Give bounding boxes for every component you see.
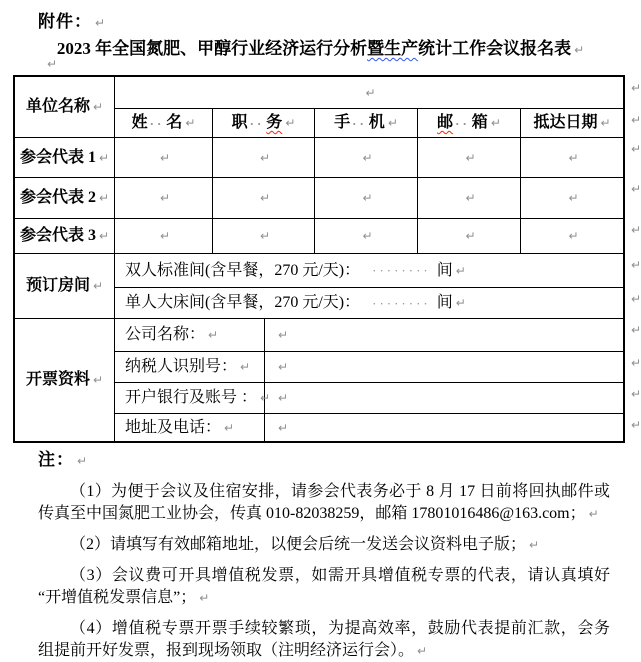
col-header-title: 职··务↵ — [213, 109, 315, 138]
title-text-part1: 2023 年全国氮肥、甲醇行业经济运行分析 — [57, 39, 367, 58]
space-dots: ·· — [352, 117, 367, 130]
paragraph-mark-icon: ↵ — [260, 152, 270, 164]
paragraph-mark-icon: ↵ — [631, 356, 641, 370]
note-2: （2）请填写有效邮箱地址，以便会后统一发送会议资料电子版；↵ — [38, 534, 610, 556]
paragraph-mark-icon: ↵ — [631, 81, 641, 95]
title-text-part2: 统计工作会议报名表 — [418, 39, 571, 58]
invoice-bank-account-label-cell: 开户银行及账号 ：↵ — [115, 383, 265, 414]
paragraph-mark-icon: ↵ — [388, 117, 398, 129]
title-text-squiggled: 暨生产 — [367, 39, 418, 58]
rep1-arrival-cell[interactable]: ↵ — [521, 138, 623, 178]
paragraph-mark-icon: ↵ — [574, 43, 584, 57]
note-1: （1）为便于会议及住宿安排，请参会代表务必于 8 月 17 日前将回执邮件或 传… — [38, 481, 610, 525]
invoice-company-name-label-cell: 公司名称：↵ — [115, 319, 265, 352]
rep3-email-cell[interactable]: ↵ — [418, 219, 521, 254]
fill-in-dots: ········ — [372, 297, 431, 310]
paragraph-mark-icon: ↵ — [491, 117, 501, 129]
space-dots: ·· — [250, 117, 265, 130]
rep3-title-cell[interactable]: ↵ — [213, 219, 315, 254]
paragraph-mark-icon: ↵ — [362, 192, 372, 204]
paragraph-mark-icon: ↵ — [240, 361, 250, 373]
paragraph-mark-icon: ↵ — [160, 192, 170, 204]
note-3-line-1: （3）会议费可开具增值税发票，如需开具增值税专票的代表，请认真填好 — [38, 565, 610, 587]
invoice-address-phone-label-cell: 地址及电话：↵ — [115, 414, 265, 441]
invoice-label: 开票资料 — [26, 372, 90, 388]
row-end-mark: ↵ — [628, 321, 641, 339]
paragraph-mark-icon: ↵ — [465, 192, 475, 204]
rep2-label: 参会代表 2 — [20, 190, 96, 206]
row-end-mark: ↵ — [628, 354, 641, 372]
paragraph-mark-icon: ↵ — [456, 297, 466, 309]
paragraph-mark-icon: ↵ — [631, 113, 641, 127]
paragraph-mark-icon: ↵ — [465, 152, 475, 164]
col-header-phone: 手··机↵ — [315, 109, 418, 138]
attachment-line: 附件：↵ — [38, 7, 106, 32]
paragraph-mark-icon: ↵ — [208, 329, 218, 341]
paragraph-mark-icon: ↵ — [456, 265, 466, 277]
room-unit-suffix: 间 — [437, 263, 453, 279]
paragraph-mark-icon: ↵ — [278, 422, 288, 434]
row-end-mark: ↵ — [628, 416, 641, 434]
invoice-taxpayer-id-value-cell[interactable]: ↵ — [265, 352, 623, 383]
paragraph-mark-icon: ↵ — [93, 374, 103, 386]
row-end-mark: ↵ — [628, 290, 641, 308]
paragraph-mark-icon: ↵ — [417, 644, 427, 658]
paragraph-mark-icon: ↵ — [631, 258, 641, 272]
paragraph-mark-icon: ↵ — [93, 101, 103, 113]
paragraph-mark-icon: ↵ — [278, 361, 288, 373]
paragraph-mark-icon: ↵ — [260, 192, 270, 204]
paragraph-mark-icon: ↵ — [260, 230, 270, 242]
paragraph-mark-icon: ↵ — [568, 152, 578, 164]
notes-section: 注：↵ （1）为便于会议及住宿安排，请参会代表务必于 8 月 17 日前将回执邮… — [38, 449, 610, 662]
rep2-title-cell[interactable]: ↵ — [213, 178, 315, 219]
row-end-mark: ↵ — [628, 79, 641, 97]
note-4-line-2: 组提前开好发票，报到现场领取（注明经济运行会）。↵ — [38, 640, 610, 662]
rep1-label: 参会代表 1 — [20, 150, 96, 166]
col-header-email: 邮··箱↵ — [418, 109, 521, 138]
paragraph-mark-icon: ↵ — [95, 16, 106, 30]
unit-name-label-cell: 单位名称↵ — [15, 77, 115, 138]
paragraph-mark-icon: ↵ — [160, 152, 170, 164]
space-dots: ·· — [455, 117, 470, 130]
rep2-name-cell[interactable]: ↵ — [115, 178, 213, 219]
note-3-line-2: “开增值税发票信息”；↵ — [38, 587, 610, 609]
empty-paragraph: ↵ — [44, 55, 57, 73]
note-4: （4）增值税专票开票手续较繁琐，为提高效率，鼓励代表提前汇款，会务 组提前开好发… — [38, 618, 610, 662]
paragraph-mark-icon: ↵ — [278, 329, 288, 341]
paragraph-mark-icon: ↵ — [99, 230, 109, 242]
paragraph-mark-icon: ↵ — [199, 591, 209, 605]
paragraph-mark-icon: ↵ — [362, 152, 372, 164]
space-dots: ·· — [150, 117, 165, 130]
rep2-arrival-cell[interactable]: ↵ — [521, 178, 623, 219]
paragraph-mark-icon: ↵ — [185, 117, 195, 129]
paragraph-mark-icon: ↵ — [278, 392, 288, 404]
paragraph-mark-icon: ↵ — [589, 507, 599, 521]
paragraph-mark-icon: ↵ — [631, 387, 641, 401]
paragraph-mark-icon: ↵ — [99, 192, 109, 204]
notes-heading: 注：↵ — [38, 449, 610, 472]
paragraph-mark-icon: ↵ — [529, 538, 539, 552]
invoice-label-cell: 开票资料↵ — [15, 319, 115, 441]
paragraph-mark-icon: ↵ — [631, 223, 641, 237]
paragraph-mark-icon: ↵ — [47, 57, 57, 71]
paragraph-mark-icon: ↵ — [224, 422, 234, 434]
paragraph-mark-icon: ↵ — [77, 454, 88, 468]
row-end-mark: ↵ — [628, 111, 641, 129]
paragraph-mark-icon: ↵ — [362, 230, 372, 242]
rep1-name-cell[interactable]: ↵ — [115, 138, 213, 178]
room-single-king-label: 单人大床间(含早餐，270 元/天)： — [125, 295, 360, 311]
invoice-bank-account-value-cell[interactable]: ↵ — [265, 383, 623, 414]
rep3-name-cell[interactable]: ↵ — [115, 219, 213, 254]
paragraph-mark-icon: ↵ — [631, 142, 641, 156]
rep2-row-label-cell: 参会代表 2↵ — [15, 178, 115, 219]
paragraph-mark-icon: ↵ — [600, 117, 610, 129]
paragraph-mark-icon: ↵ — [99, 152, 109, 164]
note-2-line-1: （2）请填写有效邮箱地址，以便会后统一发送会议资料电子版；↵ — [38, 534, 610, 556]
document-page: 附件：↵ 2023 年全国氮肥、甲醇行业经济运行分析暨生产统计工作会议报名表↵ … — [0, 0, 641, 662]
row-end-mark: ↵ — [628, 180, 641, 198]
paragraph-mark-icon: ↵ — [365, 87, 375, 99]
attachment-label: 附件： — [38, 12, 92, 31]
col-header-arrival-date: 抵达日期↵ — [521, 109, 623, 138]
note-1-line-1: （1）为便于会议及住宿安排，请参会代表务必于 8 月 17 日前将回执邮件或 — [38, 481, 610, 503]
rep3-phone-cell[interactable]: ↵ — [315, 219, 418, 254]
fill-in-dots: ········ — [372, 264, 431, 277]
row-end-mark: ↵ — [628, 385, 641, 403]
paragraph-mark-icon: ↵ — [285, 117, 295, 129]
rep2-phone-cell[interactable]: ↵ — [315, 178, 418, 219]
rep3-row-label-cell: 参会代表 3↵ — [15, 219, 115, 254]
paragraph-mark-icon: ↵ — [568, 192, 578, 204]
paragraph-mark-icon: ↵ — [631, 418, 641, 432]
rooms-label: 预订房间 — [26, 278, 90, 294]
row-end-mark: ↵ — [628, 256, 641, 274]
paragraph-mark-icon: ↵ — [631, 292, 641, 306]
note-3: （3）会议费可开具增值税发票，如需开具增值税专票的代表，请认真填好 “开增值税发… — [38, 565, 610, 609]
rep3-arrival-cell[interactable]: ↵ — [521, 219, 623, 254]
invoice-company-name-value-cell[interactable]: ↵ — [265, 319, 623, 352]
registration-table: 单位名称↵ 参会代表 1↵ 参会代表 2↵ 参会代表 3↵ 预订房间↵ 开票资料… — [13, 75, 625, 443]
invoice-address-phone-value-cell[interactable]: ↵ — [265, 414, 623, 441]
document-title: 2023 年全国氮肥、甲醇行业经济运行分析暨生产统计工作会议报名表↵ — [0, 34, 641, 59]
rooms-label-cell: 预订房间↵ — [15, 254, 115, 319]
rep1-row-label-cell: 参会代表 1↵ — [15, 138, 115, 178]
rep1-email-cell[interactable]: ↵ — [418, 138, 521, 178]
rep1-phone-cell[interactable]: ↵ — [315, 138, 418, 178]
unit-name-label: 单位名称 — [26, 99, 90, 115]
col-header-name: 姓··名↵ — [115, 109, 213, 138]
unit-name-value-cell[interactable]: ↵ — [115, 77, 623, 109]
rep2-email-cell[interactable]: ↵ — [418, 178, 521, 219]
row-end-mark: ↵ — [628, 221, 641, 239]
paragraph-mark-icon: ↵ — [631, 182, 641, 196]
room-single-king-cell[interactable]: 单人大床间(含早餐，270 元/天)：········间↵ — [115, 288, 623, 319]
room-unit-suffix: 间 — [437, 295, 453, 311]
paragraph-mark-icon: ↵ — [93, 280, 103, 292]
paragraph-mark-icon: ↵ — [631, 323, 641, 337]
note-4-line-1: （4）增值税专票开票手续较繁琐，为提高效率，鼓励代表提前汇款，会务 — [38, 618, 610, 640]
paragraph-mark-icon: ↵ — [160, 230, 170, 242]
note-1-line-2: 传真至中国氮肥工业协会，传真 010-82038259，邮箱 178010164… — [38, 503, 610, 525]
room-standard-twin-label: 双人标准间(含早餐，270 元/天)： — [125, 263, 360, 279]
paragraph-mark-icon: ↵ — [465, 230, 475, 242]
paragraph-mark-icon: ↵ — [568, 230, 578, 242]
invoice-taxpayer-id-label-cell: 纳税人识别号：↵ — [115, 352, 265, 383]
room-standard-twin-cell[interactable]: 双人标准间(含早餐，270 元/天)：········间↵ — [115, 254, 623, 288]
rep1-title-cell[interactable]: ↵ — [213, 138, 315, 178]
rep3-label: 参会代表 3 — [20, 228, 96, 244]
row-end-mark: ↵ — [628, 140, 641, 158]
